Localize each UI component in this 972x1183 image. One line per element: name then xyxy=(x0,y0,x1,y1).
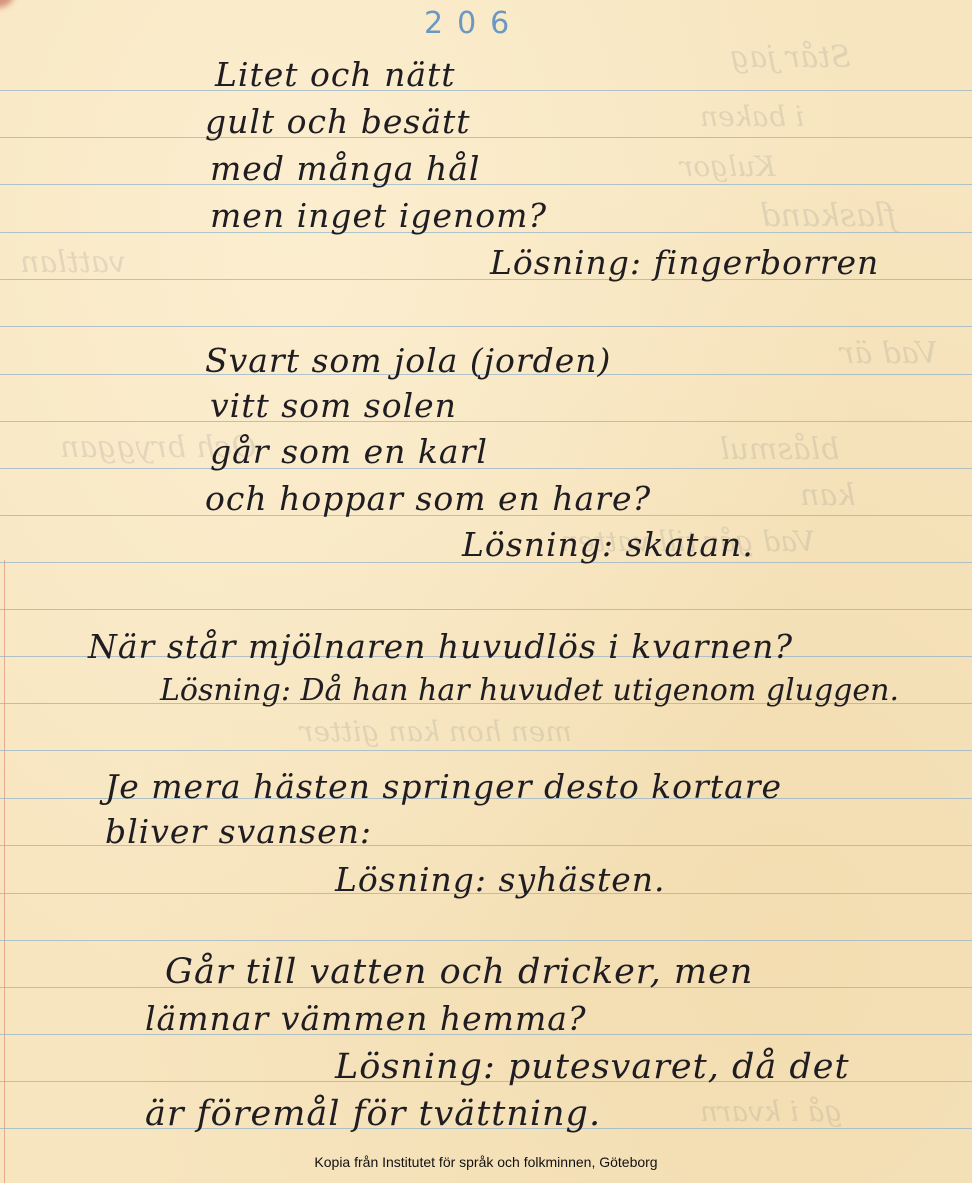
riddle-line: och hoppar som en hare? xyxy=(205,482,651,515)
riddle-line: lämnar vämmen hemma? xyxy=(145,1002,587,1035)
ruled-line xyxy=(0,940,972,941)
riddle-solution: Lösning: syhästen. xyxy=(335,863,666,896)
riddle-line: går som en karl xyxy=(210,435,488,468)
bleed-through-text: i baken xyxy=(700,100,804,133)
bleed-through-text: vattlan xyxy=(20,245,126,280)
ruled-line xyxy=(0,90,972,91)
riddle-solution: är föremål för tvättning. xyxy=(145,1097,601,1132)
bleed-through-text: Står jag xyxy=(730,40,851,75)
bleed-through-text: Vad är xyxy=(840,336,938,371)
bleed-through-text: blåsmul xyxy=(720,432,839,467)
riddle-line: vitt som solen xyxy=(210,389,457,422)
bleed-through-text: gå i kvarn xyxy=(700,1095,842,1128)
ruled-line xyxy=(0,750,972,751)
bleed-through-text: Kulgor xyxy=(680,150,775,183)
page-number: 206 xyxy=(424,6,523,41)
riddle-line: Svart som jola (jorden) xyxy=(205,344,611,377)
riddle-line: gult och besätt xyxy=(205,105,471,138)
bleed-through-text: flaskand xyxy=(760,196,896,234)
ruled-line xyxy=(0,137,972,138)
bleed-through-text: kan xyxy=(800,478,855,513)
riddle-solution: Lösning: skatan. xyxy=(462,528,754,561)
riddle-line: men inget igenom? xyxy=(210,199,547,232)
riddle-line: Je mera hästen springer desto kortare xyxy=(105,770,782,803)
ruled-line xyxy=(0,609,972,610)
archive-caption: Kopia från Institutet för språk och folk… xyxy=(0,1154,972,1170)
riddle-solution: Lösning: fingerborren xyxy=(490,246,879,279)
riddle-line: Litet och nätt xyxy=(215,58,456,91)
margin-line xyxy=(4,560,5,1183)
riddle-line: När står mjölnaren huvudlös i kvarnen? xyxy=(88,630,793,663)
riddle-line: Går till vatten och dricker, men xyxy=(165,955,753,990)
ruled-line xyxy=(0,184,972,185)
riddle-line: med många hål xyxy=(210,152,480,185)
bleed-through-text: men hon kan gitter xyxy=(300,715,572,748)
riddle-solution: Lösning: putesvaret, då det xyxy=(335,1050,850,1085)
ruled-line xyxy=(0,326,972,327)
notebook-page: Står jag i baken Kulgor flaskand vattlan… xyxy=(0,0,972,1183)
ruled-line xyxy=(0,421,972,422)
riddle-line: bliver svansen: xyxy=(105,815,372,848)
red-corner-stain xyxy=(0,0,14,8)
riddle-solution: Lösning: Då han har huvudet utigenom glu… xyxy=(160,676,899,706)
